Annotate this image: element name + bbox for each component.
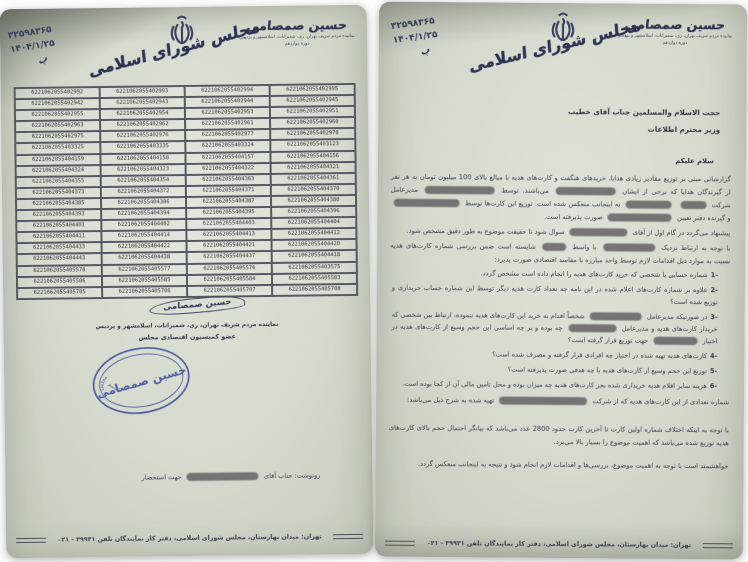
question-item: 5-توزیع این حجم وسیع از کارت‌های هدیه با… xyxy=(391,363,717,377)
page-card-list: ۳۲۵۹۸۳۶۵ ۱۴۰۴/۱/۲۵ پ مجلس شورای اسلامی xyxy=(0,5,373,558)
text-run: توزیع این حجم وسیع از کارت‌های هدیه با چ… xyxy=(508,365,707,375)
text-run: علاوه بر شماره کارت‌های اعلام شده در این… xyxy=(392,284,718,306)
text-run: جهت استحضار xyxy=(141,473,183,482)
text-run: با توجه به اینکه اختلاف شماره اولین کارت… xyxy=(389,424,729,448)
paragraph-connection: با توجه به ارتباط نزدیک با واسط شایسته ا… xyxy=(390,240,730,268)
handwritten-scribble: پ xyxy=(418,42,434,60)
question-number: 2- xyxy=(711,285,718,297)
text-run: رونوشت: جناب آقای xyxy=(262,471,321,480)
salutation: سلام علیکم xyxy=(675,157,714,165)
question-list: 1-شماره حسابی یا شخصی که خرید کارت‌های ه… xyxy=(391,268,718,396)
card-number-table: 6221062055402992622106205540299362210620… xyxy=(14,83,359,300)
paragraph-suggestion: پیشنهاد می‌گردد در گام اول از آقای سوال … xyxy=(390,225,730,241)
handwritten-ref-left: ۳۲۵۹۸۳۶۵ ۱۴۰۴/۱/۲۵ پ xyxy=(7,24,58,73)
stamp-center-name: حسین صمصامی xyxy=(95,362,188,400)
redaction-block xyxy=(187,472,259,481)
question-number: 1- xyxy=(711,270,718,282)
redaction-block xyxy=(394,198,460,207)
question-number: 3- xyxy=(710,312,717,324)
mp-title: نماینده مردم شریف تهران، ری، شمیرانات، ا… xyxy=(611,33,739,39)
text-run: هزینه سایر اقلام هدیه خریداری شده بجز کا… xyxy=(402,380,707,390)
copy-to-line: رونوشت: جناب آقای جهت استحضار xyxy=(141,471,320,481)
redaction-block xyxy=(499,397,587,406)
handwritten-ref-right: ۳۲۵۹۸۳۶۵ ۱۴۰۴/۱/۲۵ پ xyxy=(390,15,440,63)
footer-address: تهران: میدان بهارستان، مجلس شورای اسلامی… xyxy=(51,533,328,543)
redaction-block xyxy=(680,201,706,209)
mp-title: نماینده مردم شریف تهران، ری، شمیرانات، ا… xyxy=(233,34,361,41)
question-text: کارت‌های هدیه تهیه شده در اختیار چه افرا… xyxy=(492,350,707,360)
redaction-block xyxy=(570,228,628,236)
card-number-cell: 6221062055405708 xyxy=(272,284,357,296)
mp-term: دوره دوازدهم xyxy=(611,40,739,46)
redaction-block xyxy=(542,243,566,251)
redaction-block xyxy=(653,336,697,344)
question-item: 1-شماره حسابی یا شخصی که خرید کارت‌های ه… xyxy=(392,268,718,282)
handwritten-scribble: پ xyxy=(35,51,51,69)
redaction-block xyxy=(568,324,616,332)
paragraph-report: گزارشاتی مبنی بر توزیع مقادیر زیادی هدای… xyxy=(390,171,730,225)
question-number: 6- xyxy=(710,381,717,393)
letterhead-mp-block: حسین صمصامی نماینده مردم شریف تهران، ری،… xyxy=(611,16,739,46)
page-footer-left: تهران: میدان بهارستان، مجلس شورای اسلامی… xyxy=(16,533,363,544)
question-number: 4- xyxy=(710,351,717,363)
question-text: توزیع این حجم وسیع از کارت‌های هدیه با چ… xyxy=(508,365,707,375)
text-run: با توجه به ارتباط نزدیک xyxy=(658,244,730,253)
question-text: در صورتیکه مدیرعامل شخصاً اقدام به خرید … xyxy=(392,311,718,345)
text-run: صورت پذیرفته است. xyxy=(544,212,605,220)
signature-title-line1: نماینده مردم شریف تهران، ری، شمیرانات، ا… xyxy=(34,321,341,331)
question-item: 4-کارت‌های هدیه تهیه شده در اختیار چه اف… xyxy=(391,348,717,362)
question-item: 3-در صورتیکه مدیرعامل شخصاً اقدام به خری… xyxy=(391,310,717,348)
oval-stamp: مجلس شورای اسلامی کمیسیون اقتصادی حسین ص… xyxy=(82,332,200,429)
addressee-name: حجت الاسلام والمسلمین جناب آقای خطیب xyxy=(568,107,720,117)
card-number-cell: 6221062055405705 xyxy=(17,287,102,299)
addressee-title: وزیر محترم اطلاعات xyxy=(648,125,721,135)
page-footer-right: تهران: میدان بهارستان، مجلس شورای اسلامی… xyxy=(385,540,733,550)
redaction-block xyxy=(626,200,672,208)
redaction-block xyxy=(556,187,616,195)
footer-rule xyxy=(16,538,46,543)
text-run: پیشنهاد می‌گردد در گام اول از آقای xyxy=(631,229,731,238)
redaction-block xyxy=(603,243,655,251)
footer-address: تهران: میدان بهارستان، مجلس شورای اسلامی… xyxy=(420,540,698,549)
letterhead-mp-block: حسین صمصامی نماینده مردم شریف تهران، ری،… xyxy=(233,17,361,48)
paragraph-request: خواهشمند است با توجه به اهمیت موضوع، برر… xyxy=(389,458,729,474)
text-run: و گیرنده دفتر تعیین xyxy=(675,213,731,221)
page-letter: ۳۲۵۹۸۳۶۵ ۱۴۰۴/۱/۲۵ پ مجلس شورای اسلامی xyxy=(375,2,747,560)
scanned-letter-photo: ۳۲۵۹۸۳۶۵ ۱۴۰۴/۱/۲۵ پ مجلس شورای اسلامی xyxy=(0,0,748,562)
text-run: سوال شود تا حقیقت موضوع به طور دقیق مشخص… xyxy=(407,227,567,236)
text-run: شماره حسابی یا شخصی که خرید کارت‌های هدی… xyxy=(481,269,708,279)
text-run: به اینجانب منعکس شده است. توزیع این کارت… xyxy=(463,199,623,208)
mp-name: حسین صمصامی xyxy=(232,17,362,34)
mp-term: دوره دوازدهم xyxy=(233,41,361,48)
paragraph-card-range: با توجه به اینکه اختلاف شماره اولین کارت… xyxy=(389,422,729,450)
text-run: می‌باشند، توسط xyxy=(498,186,553,194)
card-number-cell: 6221062055405707 xyxy=(187,285,272,297)
footer-rule xyxy=(703,543,733,548)
text-run: تهیه شده به شرح ذیل می‌باشد: xyxy=(407,396,496,405)
question-text: شماره حسابی یا شخصی که خرید کارت‌های هدی… xyxy=(481,269,708,279)
mp-name: حسین صمصامی xyxy=(610,16,740,32)
text-run: شماره تعدادی از این کارت‌های هدیه که از … xyxy=(590,397,729,406)
paragraph-card-list-intro: شماره تعدادی از این کارت‌های هدیه که از … xyxy=(389,394,729,410)
footer-rule xyxy=(333,534,363,539)
text-run: کارت‌های هدیه تهیه شده در اختیار چه افرا… xyxy=(492,350,707,360)
text-run xyxy=(675,201,677,209)
card-number-cell: 6221062055405706 xyxy=(102,286,187,298)
text-run: با واسط xyxy=(569,243,600,251)
question-text: علاوه بر شماره کارت‌های اعلام شده در این… xyxy=(392,284,718,306)
redaction-block xyxy=(425,186,495,195)
text-run: جهت توزیع قرار گرفته است؟ xyxy=(568,336,650,345)
question-text: هزینه سایر اقلام هدیه خریداری شده بجز کا… xyxy=(402,380,707,390)
redaction-block xyxy=(590,312,642,320)
footer-rule xyxy=(385,541,415,546)
question-number: 5- xyxy=(710,366,717,378)
question-item: 2-علاوه بر شماره کارت‌های اعلام شده در ا… xyxy=(392,283,718,309)
question-item: 6-هزینه سایر اقلام هدیه خریداری شده بجز … xyxy=(391,378,717,392)
redaction-block xyxy=(608,213,672,222)
text-run: خواهشمند است با توجه به اهمیت موضوع، برر… xyxy=(418,460,729,470)
text-run: در صورتیکه مدیرعامل xyxy=(645,313,708,321)
